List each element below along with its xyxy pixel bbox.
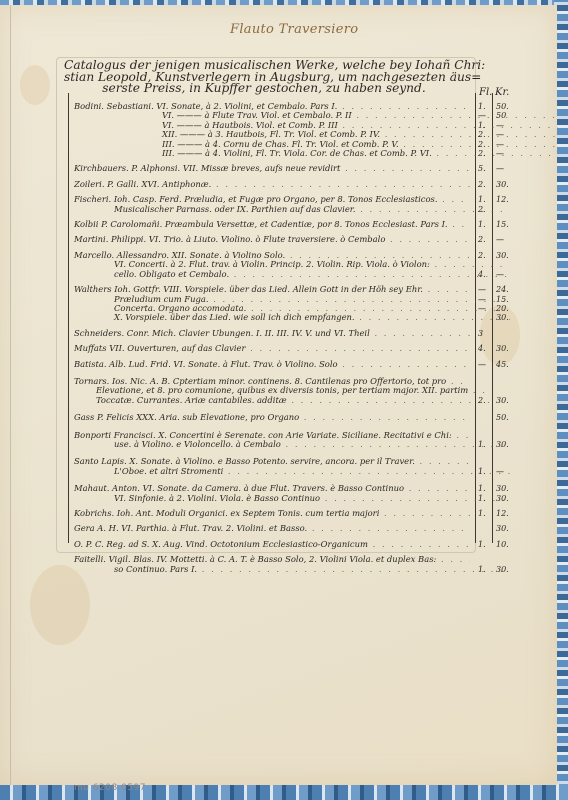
leader-dots: . . . . . . . . . . . . . . . . . . . . … <box>337 102 470 111</box>
entry-line: Mahaut. Anton. VI. Sonate. da Camera. à … <box>74 484 470 493</box>
price-kreuzer: 15. <box>496 220 509 229</box>
price-kreuzer: 10. <box>496 540 509 549</box>
price-florin: 2. <box>478 396 486 405</box>
price-florin: 2. <box>478 180 486 189</box>
price-kreuzer: 15. <box>496 295 509 304</box>
leader-dots: . . . . . . . . . . . . . . . . . . . . … <box>385 235 470 244</box>
entry-text: Fischeri. Ioh. Casp. Ferd. Præludia, et … <box>74 195 438 204</box>
entry-line: Kolbii P. Carolomañi. Præambula Versettæ… <box>74 220 470 229</box>
entry-text: X. Vorspiele. über das Lied. wie soll ic… <box>114 313 355 322</box>
price-kreuzer: — <box>496 121 504 130</box>
price-kreuzer: 30. <box>496 344 509 353</box>
catalog-entry: Zoileri. P. Galli. XVI. Antiphonæ. . . .… <box>74 180 472 189</box>
price-kreuzer: 12. <box>496 195 509 204</box>
catalog-entry: O. P. C. Reg. ad S. X. Aug. Vind. Octoto… <box>74 540 472 549</box>
entry-line: Faitelli. Vigil. Blas. IV. Mottetti. à C… <box>74 555 470 564</box>
handwritten-title: Flauto Traversiero <box>230 22 358 37</box>
catalog-entry: Walthers Ioh. Gottfr. VIII. Vorspiele. ü… <box>74 285 472 323</box>
entry-line: Zoileri. P. Galli. XVI. Antiphonæ. . . .… <box>74 180 470 189</box>
entry-text: Kobrichs. Ioh. Ant. Moduli Organici. ex … <box>74 509 379 518</box>
leader-dots: . . . . . . . . . . . . . . . . . . . . … <box>446 377 470 386</box>
entry-line: Santo Lapis. X. Sonate. à Violino. e Bas… <box>74 457 470 466</box>
leader-dots: . . . . . . . . . . . . . . . . . . . . … <box>285 251 470 260</box>
entry-line: L'Oboe. et altri Stromenti . . . . . . .… <box>74 467 510 476</box>
entry-line: Schneiders. Conr. Mich. Clavier Übungen.… <box>74 329 470 338</box>
leader-dots: . . . . . . . . . . . . . . . . . . . . … <box>436 555 470 564</box>
entry-text: Walthers Ioh. Gottfr. VIII. Vorspiele. ü… <box>74 285 423 294</box>
price-florin: — <box>478 111 486 120</box>
price-kreuzer: — <box>496 270 504 279</box>
price-florin: 2. <box>478 140 486 149</box>
price-kreuzer: 30. <box>496 524 509 533</box>
price-kreuzer: 20. <box>496 304 509 313</box>
price-kreuzer: 12. <box>496 509 509 518</box>
leader-dots: . . . . . . . . . . . . . . . . . . . . … <box>229 270 510 279</box>
price-kreuzer: 50. <box>496 413 509 422</box>
leader-dots: . . . . . . . . . . . . . . . . . . . . … <box>355 313 510 322</box>
price-florin: 1. <box>478 121 486 130</box>
price-florin: 5. <box>478 164 486 173</box>
leader-dots: . . . . . . . . . . . . . . . . . . . . … <box>209 295 510 304</box>
entry-text: use. à Violino. e Violoncello. à Cembalo <box>114 440 281 449</box>
entry-text: cello. Obligato et Cembalo. <box>114 270 229 279</box>
leader-dots: . . . . . . . . . . . . . . . . . . . . … <box>340 164 470 173</box>
price-florin: 1. <box>478 494 486 503</box>
leader-dots: . . . . . . . . . . . . . . . . . . . . … <box>338 121 558 130</box>
price-kreuzer: 45. <box>496 360 509 369</box>
leader-dots: . . . . . . . . . . . . . . . . . . . . … <box>368 540 470 549</box>
price-florin: — <box>478 360 486 369</box>
entry-line: VI. Concerti. à 2. Flut. trav. à Violin.… <box>74 260 510 269</box>
price-florin: — <box>478 285 486 294</box>
price-kreuzer: 30. <box>496 396 509 405</box>
entry-line: Musicalischer Parnass. oder IX. Parthien… <box>74 205 510 214</box>
entry-text: Kirchbauers. P. Alphonsi. VII. Missæ bre… <box>74 164 340 173</box>
entry-text: Zoileri. P. Galli. XVI. Antiphonæ. <box>74 180 211 189</box>
catalog-entry: Tornars. Ios. Nic. A. B. Cptertiam minor… <box>74 377 472 405</box>
catalog-entry: Faitelli. Vigil. Blas. IV. Mottetti. à C… <box>74 555 472 574</box>
foxing-stain <box>20 65 50 105</box>
entry-line: Kobrichs. Ioh. Ant. Moduli Organici. ex … <box>74 509 470 518</box>
catalog-entry: Santo Lapis. X. Sonate. à Violino. e Bas… <box>74 457 472 476</box>
entry-line: Muffats VII. Ouverturen, auf das Clavier… <box>74 344 470 353</box>
heading-line: serste Preiss, in Kupffer gestochen, zu … <box>64 83 464 95</box>
entry-text: Mahaut. Anton. VI. Sonate. da Camera. à … <box>74 484 404 493</box>
entry-line: Tornars. Ios. Nic. A. B. Cptertiam minor… <box>74 377 470 386</box>
catalog-entry: Bodini. Sebastiani. VI. Sonate, à 2. Vio… <box>74 102 472 158</box>
catalog-entry: Kobrichs. Ioh. Ant. Moduli Organici. ex … <box>74 509 472 518</box>
price-kreuzer: — <box>496 467 504 476</box>
price-florin: 2. <box>478 130 486 139</box>
entry-line: use. à Violino. e Violoncello. à Cembalo… <box>74 440 510 449</box>
entry-text: Gass P. Felicis XXX. Aria. sub Elevation… <box>74 413 299 422</box>
price-florin: 1. <box>478 195 486 204</box>
entry-text: L'Oboe. et altri Stromenti <box>114 467 223 476</box>
leader-dots: . . . . . . . . . . . . . . . . . . . . … <box>246 344 470 353</box>
entry-text: VI. Concerti. à 2. Flut. trav. à Violin.… <box>114 260 430 269</box>
entry-line: Walthers Ioh. Gottfr. VIII. Vorspiele. ü… <box>74 285 470 294</box>
price-kreuzer: 30. <box>496 494 509 503</box>
entry-text: III. ——— à 4. Violini, Fl. Tr. Viola. Co… <box>162 149 432 158</box>
entry-line: Præludium cum Fuga. . . . . . . . . . . … <box>74 295 510 304</box>
entry-text: Faitelli. Vigil. Blas. IV. Mottetti. à C… <box>74 555 436 564</box>
entry-line: Martini. Philippi. VI. Trio. à Liuto. Vi… <box>74 235 470 244</box>
entry-text: Elevatione, et 8. pro comunione, quibus … <box>96 386 468 395</box>
leader-dots: . . . . . . . . . . . . . . . . . . . . … <box>432 149 558 158</box>
leader-dots: . . . . . . . . . . . . . . . . . . . . … <box>307 524 470 533</box>
entry-text: O. P. C. Reg. ad S. X. Aug. Vind. Octoto… <box>74 540 368 549</box>
price-florin: 1. <box>478 540 486 549</box>
entry-text: Bodini. Sebastiani. VI. Sonate, à 2. Vio… <box>74 102 337 111</box>
entry-line: Gera A. H. VI. Parthia. à Flut. Trav. 2.… <box>74 524 470 533</box>
leader-dots: . . . . . . . . . . . . . . . . . . . . … <box>197 565 510 574</box>
price-kreuzer: 24. <box>496 285 509 294</box>
entry-line: Bonporti Francisci. X. Concertini è Sere… <box>74 431 470 440</box>
entry-text: Kolbii P. Carolomañi. Præambula Versettæ… <box>74 220 448 229</box>
entry-text: Schneiders. Conr. Mich. Clavier Übungen.… <box>74 329 370 338</box>
leader-dots: . . . . . . . . . . . . . . . . . . . . … <box>299 413 470 422</box>
catalog-entry: Martini. Philippi. VI. Trio. à Liuto. Vi… <box>74 235 472 244</box>
price-kreuzer: 30. <box>496 440 509 449</box>
entry-line: cello. Obligato et Cembalo. . . . . . . … <box>74 270 510 279</box>
price-florin: 1. <box>478 565 486 574</box>
entry-line: Marcello. Allessandro. XII. Sonate. à Vi… <box>74 251 470 260</box>
entry-text: Marcello. Allessandro. XII. Sonate. à Vi… <box>74 251 285 260</box>
entry-text: Santo Lapis. X. Sonate. à Violino. e Bas… <box>74 457 415 466</box>
foxing-stain <box>30 565 90 645</box>
leader-dots: . . . . . . . . . . . . . . . . . . . . … <box>448 220 470 229</box>
catalog-entry: Bonporti Francisci. X. Concertini è Sere… <box>74 431 472 450</box>
price-kreuzer: 30. <box>496 565 509 574</box>
catalog-entry: Kolbii P. Carolomañi. Præambula Versettæ… <box>74 220 472 229</box>
price-kreuzer: — <box>496 164 504 173</box>
price-florin: 2. <box>478 235 486 244</box>
leader-dots: . . . . . . . . . . . . . . . . . . . . … <box>380 130 558 139</box>
catalog-entry: Gera A. H. VI. Parthia. à Flut. Trav. 2.… <box>74 524 472 533</box>
leader-dots: . . . . . . . . . . . . . . . . . . . . … <box>356 205 510 214</box>
entry-text: Bonporti Francisci. X. Concertini è Sere… <box>74 431 452 440</box>
catalog-heading: Catalogus der jenigen musicalischen Werk… <box>64 60 464 95</box>
leader-dots: . . . . . . . . . . . . . . . . . . . . … <box>452 431 470 440</box>
entry-line: Kirchbauers. P. Alphonsi. VII. Missæ bre… <box>74 164 470 173</box>
catalog-entries: Bodini. Sebastiani. VI. Sonate, à 2. Vio… <box>74 96 472 574</box>
entry-text: Musicalischer Parnass. oder IX. Parthien… <box>114 205 356 214</box>
leader-dots: . . . . . . . . . . . . . . . . . . . . … <box>352 111 558 120</box>
page-binding-edge <box>10 5 11 785</box>
entry-line: Elevatione, et 8. pro comunione, quibus … <box>74 386 492 395</box>
price-florin: 1. <box>478 440 486 449</box>
price-kreuzer: 30. <box>496 251 509 260</box>
column-header-kreuzer: Kr. <box>495 87 509 98</box>
leader-dots: . . . . . . . . . . . . . . . . . . . . … <box>211 180 470 189</box>
leader-dots: . . . . . . . . . . . . . . . . . . . . … <box>287 396 492 405</box>
leader-dots: . . . . . . . . . . . . . . . . . . . . … <box>246 304 510 313</box>
catalog-entry: Schneiders. Conr. Mich. Clavier Übungen.… <box>74 329 472 338</box>
price-kreuzer: 30. <box>496 180 509 189</box>
catalog-entry: Muffats VII. Ouverturen, auf das Clavier… <box>74 344 472 353</box>
entry-text: Gera A. H. VI. Parthia. à Flut. Trav. 2.… <box>74 524 307 533</box>
entry-line: VI. Sinfonie. à 2. Violini. Viola. è Bas… <box>74 494 510 503</box>
price-florin: 2. <box>478 149 486 158</box>
price-florin: 1. <box>478 102 486 111</box>
price-florin: 3 <box>478 329 483 338</box>
shelfmark: mu 6208.0597 <box>74 783 146 793</box>
leader-dots: . . . . . . . . . . . . . . . . . . . . … <box>404 484 470 493</box>
catalog-entry: Marcello. Allessandro. XII. Sonate. à Vi… <box>74 251 472 279</box>
entry-line: Bodini. Sebastiani. VI. Sonate, à 2. Vio… <box>74 102 470 111</box>
price-florin: 1. <box>478 467 486 476</box>
price-florin: 2. <box>478 251 486 260</box>
price-florin: — <box>478 295 486 304</box>
catalog-page: Flauto Traversiero Catalogus der jenigen… <box>0 5 557 785</box>
entry-text: Præludium cum Fuga. <box>114 295 209 304</box>
leader-dots: . . . . . . . . . . . . . . . . . . . . … <box>430 260 510 269</box>
price-florin: — <box>478 304 486 313</box>
entry-line: O. P. C. Reg. ad S. X. Aug. Vind. Octoto… <box>74 540 470 549</box>
table-left-rule <box>68 93 69 543</box>
leader-dots: . . . . . . . . . . . . . . . . . . . . … <box>223 467 510 476</box>
entry-line: so Continuo. Pars I. . . . . . . . . . .… <box>74 565 510 574</box>
leader-dots: . . . . . . . . . . . . . . . . . . . . … <box>423 285 470 294</box>
entry-text: Toccatæ. Currantes. Ariæ cantabiles. add… <box>96 396 287 405</box>
entry-text: Batista. Alb. Lud. Frid. VI. Sonate. à F… <box>74 360 338 369</box>
entry-text: Muffats VII. Ouverturen, auf das Clavier <box>74 344 246 353</box>
price-florin: 4. <box>478 344 486 353</box>
price-kreuzer: — <box>496 130 504 139</box>
catalog-entry: Mahaut. Anton. VI. Sonate. da Camera. à … <box>74 484 472 503</box>
leader-dots: . . . . . . . . . . . . . . . . . . . . … <box>281 440 510 449</box>
price-kreuzer: 30. <box>496 313 509 322</box>
entry-text: VI. Sinfonie. à 2. Violini. Viola. è Bas… <box>114 494 320 503</box>
catalog-entry: Kirchbauers. P. Alphonsi. VII. Missæ bre… <box>74 164 472 173</box>
leader-dots: . . . . . . . . . . . . . . . . . . . . … <box>370 329 470 338</box>
entry-line: Toccatæ. Currantes. Ariæ cantabiles. add… <box>74 396 492 405</box>
entry-text: VI. ——— à Hautbois. Viol. et Comb. P. II… <box>162 121 338 130</box>
price-florin: 4. <box>478 270 486 279</box>
entry-text: Martini. Philippi. VI. Trio. à Liuto. Vi… <box>74 235 385 244</box>
catalog-entry: Batista. Alb. Lud. Frid. VI. Sonate. à F… <box>74 360 472 369</box>
entry-text: Tornars. Ios. Nic. A. B. Cptertiam minor… <box>74 377 446 386</box>
price-florin: 1. <box>478 484 486 493</box>
leader-dots: . . . . . . . . . . . . . . . . . . . . … <box>468 386 492 395</box>
price-kreuzer: — <box>496 140 504 149</box>
entry-text: Concerta. Organo accomodata. <box>114 304 246 313</box>
entry-line: Batista. Alb. Lud. Frid. VI. Sonate. à F… <box>74 360 470 369</box>
leader-dots: . . . . . . . . . . . . . . . . . . . . … <box>438 195 470 204</box>
entry-text: XII. ——— à 3. Hautbois, Fl. Tr. Viol. et… <box>162 130 380 139</box>
entry-line: Concerta. Organo accomodata. . . . . . .… <box>74 304 510 313</box>
entry-line: X. Vorspiele. über das Lied. wie soll ic… <box>74 313 510 322</box>
catalog-entry: Gass P. Felicis XXX. Aria. sub Elevation… <box>74 413 472 422</box>
price-kreuzer: 30. <box>496 484 509 493</box>
column-header-florin: Fl. <box>479 87 492 98</box>
catalog-entry: Fischeri. Ioh. Casp. Ferd. Præludia, et … <box>74 195 472 214</box>
leader-dots: . . . . . . . . . . . . . . . . . . . . … <box>415 457 470 466</box>
price-kreuzer: 50 <box>496 111 506 120</box>
price-kreuzer: — <box>496 149 504 158</box>
price-florin: 2. <box>478 205 486 214</box>
entry-text: III. ——— à 4. Cornu de Chas. Fl. Tr. Vio… <box>162 140 399 149</box>
price-kreuzer: 50. <box>496 102 509 111</box>
entry-line: Fischeri. Ioh. Casp. Ferd. Præludia, et … <box>74 195 470 204</box>
leader-dots: . . . . . . . . . . . . . . . . . . . . … <box>338 360 470 369</box>
leader-dots: . . . . . . . . . . . . . . . . . . . . … <box>379 509 470 518</box>
price-kreuzer: — <box>496 235 504 244</box>
price-florin: 1. <box>478 220 486 229</box>
entry-text: VI. ——— à Flute Trav. Viol. et Cembalo. … <box>162 111 352 120</box>
price-florin: 1. <box>478 509 486 518</box>
entry-line: Gass P. Felicis XXX. Aria. sub Elevation… <box>74 413 470 422</box>
entry-text: so Continuo. Pars I. <box>114 565 197 574</box>
